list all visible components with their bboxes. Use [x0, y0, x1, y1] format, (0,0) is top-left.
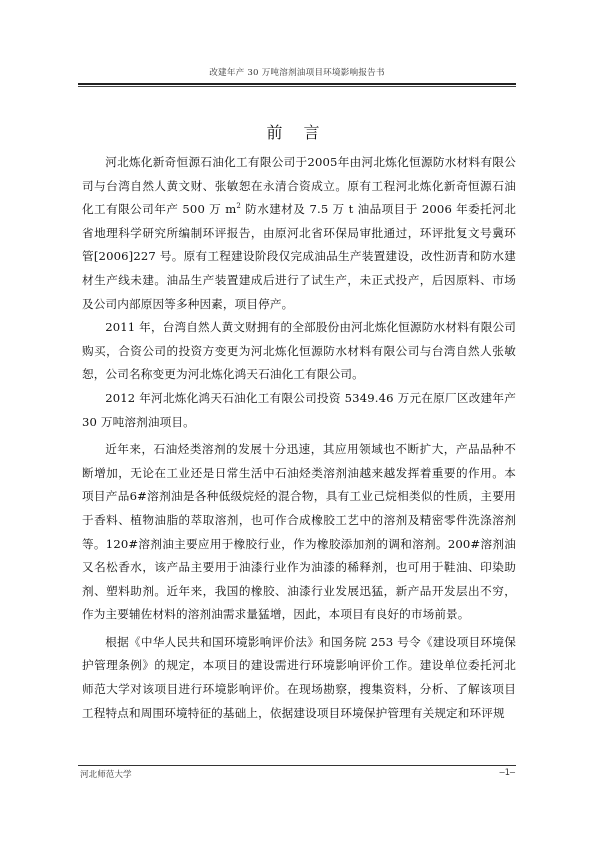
header-double-rule: [78, 83, 516, 87]
paragraph-company-history: 河北炼化新奇恒源石油化工有限公司于2005年由河北炼化恒源防水材料有限公司与台湾…: [82, 151, 516, 316]
running-header: 改建年产 30 万吨溶剂油项目环境影响报告书: [78, 66, 516, 78]
footer-rule: [78, 765, 516, 766]
page-number: —1—: [499, 768, 515, 778]
paragraph-market: 近年来，石油烃类溶剂的发展十分迅速，其应用领域也不断扩大，产品品种不断增加，无论…: [82, 438, 516, 627]
paragraph-investment: 2012 年河北炼化鸿天石油化工有限公司投资 5349.46 万元在原厂区改建年…: [82, 387, 516, 434]
paragraph-ownership-change: 2011 年，台湾自然人黄文财拥有的全部股份由河北炼化恒源防水材料有限公司购买，…: [82, 316, 516, 387]
footer-organization: 河北师范大学: [80, 768, 132, 780]
paragraph-legal-basis: 根据《中华人民共和国环境影响评价法》和国务院 253 号令《建设项目环境保护管理…: [82, 631, 516, 725]
document-body: 河北炼化新奇恒源石油化工有限公司于2005年由河北炼化恒源防水材料有限公司与台湾…: [82, 151, 516, 725]
section-title: 前 言: [78, 120, 516, 143]
